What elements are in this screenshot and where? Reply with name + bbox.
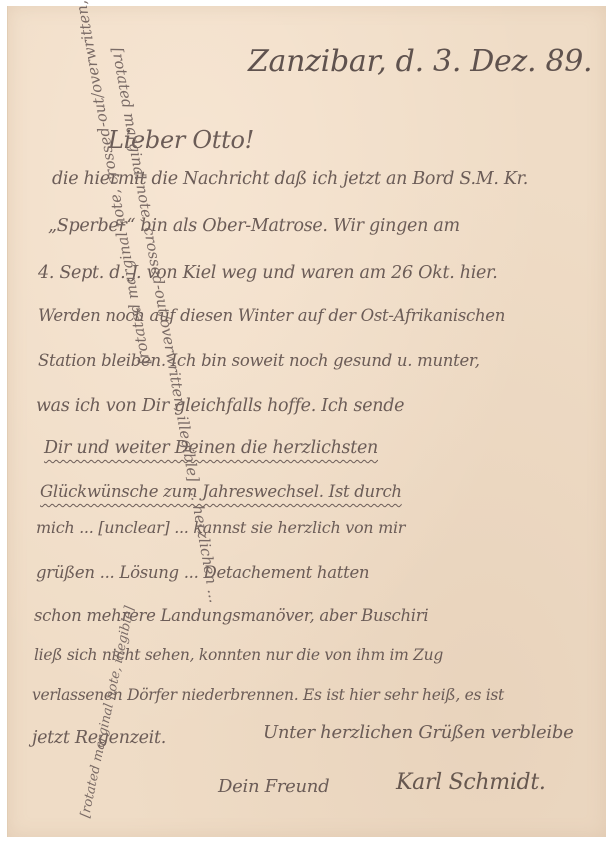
body-line: mich ... [unclear] ... kannst sie herzli… (36, 518, 405, 537)
body-line: schon mehrere Landungsmanöver, aber Busc… (34, 606, 428, 625)
body-line: die hiermit die Nachricht daß ich jetzt … (52, 169, 528, 189)
margin-note-rotated: [rotated marginal note, illegible] (78, 605, 138, 819)
closing-line: Unter herzlichen Grüßen verbleibe (263, 722, 573, 743)
body-line: was ich von Dir gleichfalls hoffe. Ich s… (36, 396, 404, 416)
signature-name: Karl Schmidt. (396, 770, 546, 795)
body-line: Station bleiben. Ich bin soweit noch ges… (38, 351, 480, 370)
signature-lead: Dein Freund (218, 776, 329, 797)
body-line: ließ sich nicht sehen, konnten nur die v… (34, 646, 443, 664)
body-line: 4. Sept. d. J. von Kiel weg und waren am… (38, 263, 497, 283)
postcard: Zanzibar, d. 3. Dez. 89. Lieber Otto! di… (7, 6, 606, 837)
body-line-underlined: Dir und weiter Deinen die herzlichsten (44, 438, 378, 458)
place-date-heading: Zanzibar, d. 3. Dez. 89. (248, 44, 592, 79)
body-line: Werden noch auf diesen Winter auf der Os… (38, 306, 505, 325)
body-line-underlined: Glückwünsche zum Jahreswechsel. Ist durc… (40, 482, 402, 501)
